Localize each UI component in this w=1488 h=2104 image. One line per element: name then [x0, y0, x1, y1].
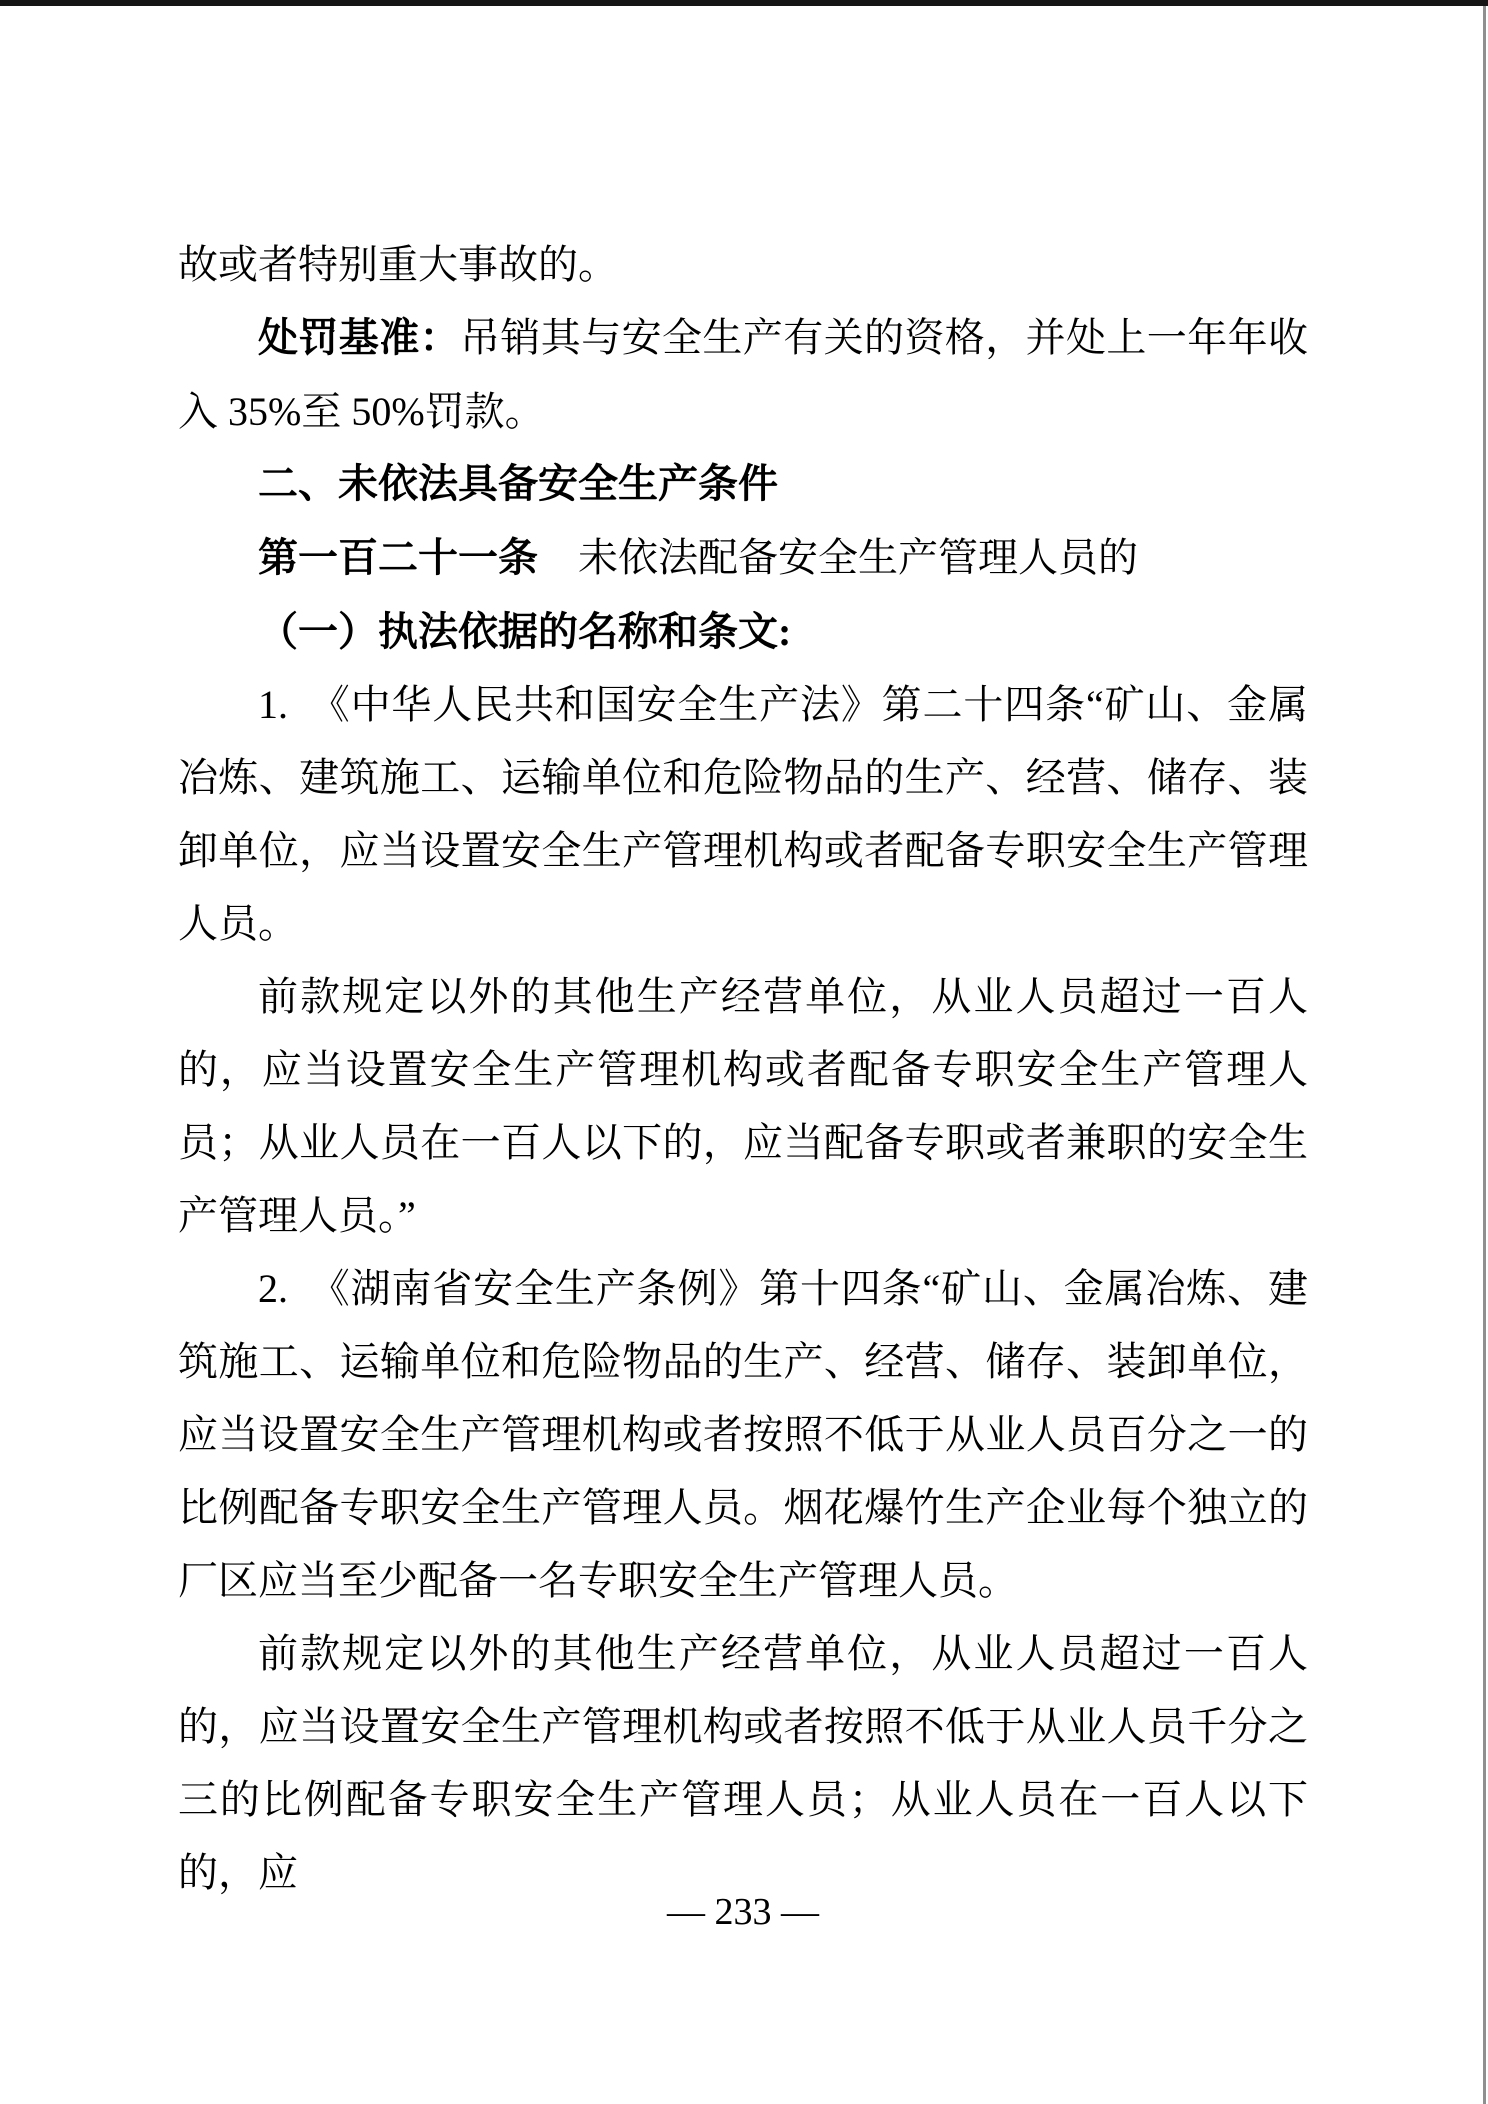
page-number: — 233 —: [667, 1891, 819, 1933]
article-121-number: 第一百二十一条: [258, 536, 538, 580]
paragraph-article-121: 第一百二十一条 未依法配备安全生产管理人员的: [178, 521, 1308, 595]
law-citation-1-text: 1. 《中华人民共和国安全生产法》第二十四条“矿山、金属冶炼、建筑施工、运输单位…: [178, 682, 1308, 946]
page-footer: — 233 —: [178, 1884, 1308, 1940]
law-citation-1-cont-text: 前款规定以外的其他生产经营单位，从业人员超过一百人的，应当设置安全生产管理机构或…: [178, 974, 1308, 1238]
scan-right-border: [1483, 6, 1486, 2104]
paragraph-continuation: 故或者特别重大事故的。: [178, 228, 1308, 301]
penalty-basis-label: 处罚基准：: [258, 316, 460, 360]
article-121-title: 未依法配备安全生产管理人员的: [538, 535, 1138, 580]
law-citation-2-text: 2. 《湖南省安全生产条例》第十四条“矿山、金属冶炼、建筑施工、运输单位和危险物…: [178, 1266, 1308, 1603]
law-citation-2-cont-text: 前款规定以外的其他生产经营单位，从业人员超过一百人的，应当设置安全生产管理机构或…: [178, 1631, 1308, 1895]
paragraph-law-citation-2-cont: 前款规定以外的其他生产经营单位，从业人员超过一百人的，应当设置安全生产管理机构或…: [178, 1617, 1308, 1909]
page-content: 故或者特别重大事故的。 处罚基准：吊销其与安全生产有关的资格，并处上一年年收入 …: [178, 228, 1308, 1909]
paragraph-law-citation-1-cont: 前款规定以外的其他生产经营单位，从业人员超过一百人的，应当设置安全生产管理机构或…: [178, 960, 1308, 1252]
scan-top-border: [0, 0, 1488, 6]
section-heading-2-text: 二、未依法具备安全生产条件: [258, 462, 778, 506]
paragraph-law-citation-2: 2. 《湖南省安全生产条例》第十四条“矿山、金属冶炼、建筑施工、运输单位和危险物…: [178, 1252, 1308, 1617]
subsection-heading-basis: （一）执法依据的名称和条文:: [178, 595, 1308, 668]
document-page: 故或者特别重大事故的。 处罚基准：吊销其与安全生产有关的资格，并处上一年年收入 …: [0, 0, 1488, 2104]
subsection-heading-basis-text: （一）执法依据的名称和条文:: [258, 609, 791, 654]
section-heading-2: 二、未依法具备安全生产条件: [178, 448, 1308, 521]
paragraph-law-citation-1: 1. 《中华人民共和国安全生产法》第二十四条“矿山、金属冶炼、建筑施工、运输单位…: [178, 668, 1308, 960]
paragraph-continuation-text: 故或者特别重大事故的。: [178, 242, 618, 287]
paragraph-penalty-basis: 处罚基准：吊销其与安全生产有关的资格，并处上一年年收入 35%至 50%罚款。: [178, 301, 1308, 448]
